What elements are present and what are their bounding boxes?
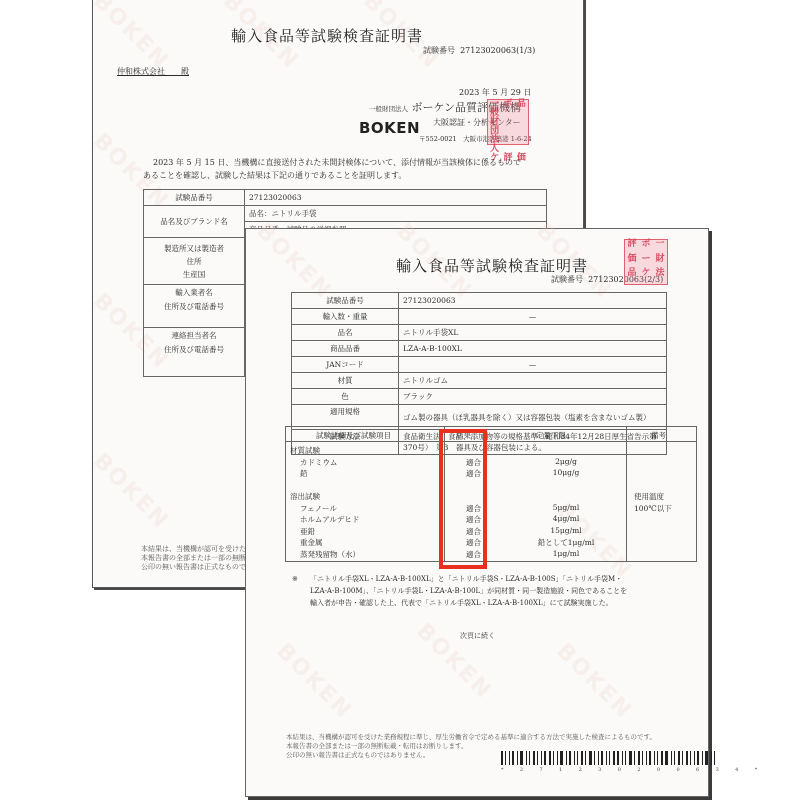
barcode-bar xyxy=(609,751,610,765)
barcode-bar xyxy=(512,751,514,765)
barcode-bar xyxy=(694,751,695,765)
intro-line-2: あることを確認し、試験した結果は下記の通りであることを証明します。 xyxy=(143,170,406,181)
barcode-bar xyxy=(613,751,615,765)
test-item-name: ホルムアルデヒド xyxy=(300,514,359,525)
barcode xyxy=(501,751,717,765)
barcode-bar xyxy=(549,751,551,765)
info-label: 色 xyxy=(292,389,399,405)
barcode-bar xyxy=(526,751,527,765)
info-value: — xyxy=(399,309,667,325)
barcode-bar xyxy=(682,751,683,765)
barcode-bar xyxy=(574,751,575,765)
quantitation-limit: 1μg/ml xyxy=(506,549,626,558)
test-item-name: 亜鉛 xyxy=(300,526,315,537)
test-number: 試験番号 27123020063(1/3) xyxy=(423,45,535,56)
test-item-name: 重金属 xyxy=(300,537,323,548)
barcode-bar xyxy=(606,751,607,765)
info-value: 27123020063 xyxy=(399,293,667,309)
header-remarks: 備考 xyxy=(651,430,666,441)
barcode-bar xyxy=(585,751,586,765)
barcode-bar xyxy=(711,751,712,765)
info-label: 商品品番 xyxy=(292,341,399,357)
info-label: 試験品番号 xyxy=(292,293,399,309)
official-seal: 評ボ一価ー財品ケ法 xyxy=(624,239,668,285)
sample-no-label: 試験品番号 xyxy=(144,190,245,206)
barcode-bar xyxy=(594,751,595,765)
barcode-bar xyxy=(541,751,542,765)
quantitation-limit: 4μg/ml xyxy=(506,514,626,523)
barcode-bar xyxy=(646,751,647,765)
certificate-page-2: BOKEN BOKEN BOKEN BOKEN BOKEN BOKEN BOKE… xyxy=(245,228,709,797)
test-group-name: 溶出試験 xyxy=(290,491,320,502)
barcode-bar xyxy=(714,751,715,765)
barcode-bar xyxy=(671,751,672,765)
barcode-bar xyxy=(690,751,691,765)
barcode-bar xyxy=(638,751,640,765)
barcode-bar xyxy=(505,751,506,765)
remarks-text: 100℃以下 xyxy=(634,503,672,514)
test-item-name: カドミウム xyxy=(300,457,337,468)
document-title: 輸入食品等試験検査証明書 xyxy=(396,255,588,276)
info-value: ニトリル手袋XL xyxy=(399,325,667,341)
info-label: JANコード xyxy=(292,357,399,373)
barcode-bar xyxy=(553,751,554,765)
watermark: BOKEN xyxy=(271,639,357,725)
barcode-bar xyxy=(705,751,708,765)
barcode-bar xyxy=(661,751,663,765)
document-title: 輸入食品等試験検査証明書 xyxy=(231,25,423,46)
quantitation-limit: 鉛として1μg/ml xyxy=(506,537,626,548)
boken-logo: BOKEN xyxy=(359,119,420,137)
manufacturer-label: 製造所又は製造者住所生産国 xyxy=(144,238,245,285)
product-name: 品名：ニトリル手袋 xyxy=(245,206,547,222)
info-label: 品名 xyxy=(292,325,399,341)
remarks-text: 使用温度 xyxy=(634,491,664,502)
info-row: 色ブラック xyxy=(292,389,667,405)
continued-text: 次頁に続く xyxy=(460,631,495,641)
importer-label: 輸入業者名住所及び電話番号 xyxy=(144,285,245,328)
info-row: JANコード— xyxy=(292,357,667,373)
info-row: 商品品番LZA-A-B-100XL xyxy=(292,341,667,357)
barcode-bar xyxy=(622,751,623,765)
barcode-bar xyxy=(697,751,699,765)
note: ※ 「ニトリル手袋XL・LZA-A-B-100XL」と「ニトリル手袋S・LZA-… xyxy=(292,573,627,609)
barcode-bar xyxy=(678,751,680,765)
barcode-bar xyxy=(537,751,538,765)
info-row: 品名ニトリル手袋XL xyxy=(292,325,667,341)
barcode-bar xyxy=(577,751,578,765)
barcode-bar xyxy=(529,751,530,765)
barcode-bar xyxy=(501,751,503,765)
test-number-label: 試験番号 xyxy=(423,46,455,55)
note-line: 「ニトリル手袋XL・LZA-A-B-100XL」と「ニトリル手袋S・LZA-A-… xyxy=(310,573,627,585)
barcode-bar xyxy=(629,751,632,765)
header-test-item: 試験詳細及び試験項目 xyxy=(316,430,391,441)
quantitation-limit: 15μg/ml xyxy=(506,526,626,535)
result-column-highlight xyxy=(439,429,487,569)
quantitation-limit: 5μg/ml xyxy=(506,503,626,512)
barcode-bar xyxy=(642,751,643,765)
watermark: BOKEN xyxy=(88,0,174,74)
quantitation-limit: 10μg/g xyxy=(506,468,626,477)
barcode-bar xyxy=(544,751,546,765)
barcode-bar xyxy=(533,751,535,765)
note-line: LZA-A-B-100M」、「ニトリル手袋L・LZA-A-B-100L」が同材質… xyxy=(310,585,627,597)
info-row: 輸入数・重量— xyxy=(292,309,667,325)
barcode-bar xyxy=(617,751,619,765)
watermark: BOKEN xyxy=(551,639,637,725)
watermark: BOKEN xyxy=(88,449,174,535)
info-row: 試験品番号27123020063 xyxy=(292,293,667,309)
sample-no-value: 27123020063 xyxy=(245,190,547,206)
note-mark: ※ xyxy=(292,573,298,585)
brand-label: 品名及びブランド名 xyxy=(144,206,245,238)
barcode-bar xyxy=(520,751,523,765)
barcode-text: * 2 7 1 2 3 0 2 0 0 6 3 4 * xyxy=(501,767,765,773)
info-value: LZA-A-B-100XL xyxy=(399,341,667,357)
barcode-bar xyxy=(657,751,658,765)
barcode-bar xyxy=(654,751,655,765)
barcode-bar xyxy=(557,751,558,765)
barcode-bar xyxy=(598,751,599,765)
barcode-bar xyxy=(686,751,688,765)
barcode-bar xyxy=(581,751,583,765)
info-row: 材質ニトリルゴム xyxy=(292,373,667,389)
issue-date: 2023 年 5 月 29 日 xyxy=(459,87,531,98)
intro-line-1: 2023 年 5 月 15 日、当機構に直接送付された未開封検体について、添付情… xyxy=(153,157,521,168)
barcode-bar xyxy=(560,751,563,765)
info-value: ブラック xyxy=(399,389,667,405)
quantitation-limit: 2μg/g xyxy=(506,457,626,466)
barcode-bar xyxy=(702,751,703,765)
info-value: — xyxy=(399,357,667,373)
test-item-name: 鉛 xyxy=(300,468,308,479)
test-number-value: 27123020063(1/3) xyxy=(460,46,535,55)
addressee: 仲和株式会社 殿 xyxy=(117,66,189,77)
org-prefix: 一般財団法人 xyxy=(369,105,408,113)
info-value: ニトリルゴム xyxy=(399,373,667,389)
header-limit: 定量下限 xyxy=(536,430,566,441)
official-seal: 一般財団法人ボ品ケ評価 xyxy=(487,99,529,145)
info-label: 材質 xyxy=(292,373,399,389)
barcode-bar xyxy=(569,751,571,765)
barcode-bar xyxy=(625,751,626,765)
barcode-bar xyxy=(649,751,651,765)
test-number-label: 試験番号 xyxy=(551,275,583,284)
barcode-bar xyxy=(634,751,635,765)
barcode-bar xyxy=(674,751,675,765)
barcode-bar xyxy=(601,751,603,765)
test-item-name: フェノール xyxy=(300,503,337,514)
info-label: 輸入数・重量 xyxy=(292,309,399,325)
note-line: 輸入者が申告・確認した上、代表で「ニトリル手袋XL・LZA-A-B-100XL」… xyxy=(310,597,627,609)
barcode-bar xyxy=(517,751,518,765)
test-results-table: 試験詳細及び試験項目 結果 定量下限 備考 材質試験カドミウム適合2μg/g鉛適… xyxy=(285,426,697,562)
barcode-bar xyxy=(509,751,510,765)
barcode-bar xyxy=(589,751,592,765)
test-group-name: 材質試験 xyxy=(290,445,320,456)
barcode-bar xyxy=(566,751,567,765)
contact-label: 連絡担当者名住所及び電話番号 xyxy=(144,328,245,377)
test-item-name: 蒸発残留物（水） xyxy=(300,549,360,560)
barcode-bar xyxy=(665,751,668,765)
